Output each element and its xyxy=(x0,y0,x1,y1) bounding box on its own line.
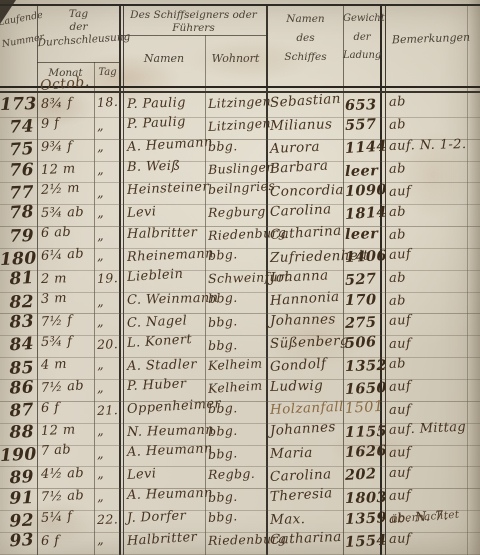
table-row: 759¾ f„A. Heumannbbg.Aurora1144auf. N. 1… xyxy=(0,139,480,162)
table-row: 917½ ab„A. Heumannbbg.Theresia1803auf xyxy=(0,488,480,511)
cell-home: beilngries xyxy=(208,178,276,197)
cell-no: 82 xyxy=(0,292,34,313)
table-row: 823 m„C. Weinmannbbg.Hannonia170ab xyxy=(0,292,480,315)
table-row: 772½ m„HeinsteinerbeilngriesConcordia109… xyxy=(0,182,480,205)
cell-weight: 1359 xyxy=(345,509,388,528)
cell-day: „ xyxy=(97,204,105,219)
cell-name: A. Heumann xyxy=(127,441,213,460)
cell-day: 18. xyxy=(97,94,119,110)
cell-day: „ xyxy=(97,489,105,504)
cell-day: 20. xyxy=(97,336,119,352)
cell-name: A. Heumann xyxy=(127,486,213,503)
cell-weight: leer xyxy=(345,162,379,180)
table-row: 837½ f„C. Nagelbbg.Johannes275auf xyxy=(0,314,480,337)
cell-no: 74 xyxy=(0,116,34,137)
cell-no: 83 xyxy=(0,312,34,333)
cell-time: 4½ ab xyxy=(41,466,84,482)
table-row: 785¾ ab„LeviRegburgCarolina1814ab xyxy=(0,204,480,227)
cell-time: 3 m xyxy=(41,291,68,307)
cell-name: C. Weinmann xyxy=(127,290,219,307)
cell-weight: 527 xyxy=(344,270,376,289)
cell-ship: Ludwig xyxy=(270,378,324,395)
cell-home: Regburg xyxy=(208,204,266,221)
cell-home: bbg. xyxy=(208,489,238,505)
cell-home: bbg. xyxy=(208,247,238,264)
table-row: 796 ab„HalbritterRiedenburgCatharinaleer… xyxy=(0,226,480,249)
cell-name: J. Dorfer xyxy=(127,509,187,527)
ledger-page: Laufende Nummer Tag der Durchschleusung … xyxy=(0,0,480,555)
cell-time: 7 ab xyxy=(41,443,72,460)
table-row: 845¾ f20.L. Konertbbg.Süßenberg506auf xyxy=(0,335,480,358)
cell-name: Rheinemann xyxy=(127,246,214,265)
cell-time: 9¾ f xyxy=(41,139,73,155)
table-row: 1806¼ ab„Rheinemannbbg.Zufriedenheit1406… xyxy=(0,248,480,271)
cell-no: 173 xyxy=(0,94,34,115)
cell-name: Levi xyxy=(127,205,157,222)
cell-name: P. Huber xyxy=(127,376,187,394)
cell-home: bbg. xyxy=(208,313,238,330)
cell-ship: Milianus xyxy=(270,116,333,134)
cell-weight: 1803 xyxy=(345,489,387,507)
cell-no: 79 xyxy=(0,226,34,247)
cell-time: 5¼ f xyxy=(41,509,73,526)
cell-weight: 653 xyxy=(345,96,377,114)
cell-weight: 1352 xyxy=(345,357,387,375)
cell-no: 81 xyxy=(0,268,35,290)
cell-time: 9 f xyxy=(41,116,60,132)
cell-remark: auf xyxy=(389,183,412,199)
cell-day: „ xyxy=(97,248,104,263)
cell-no: 75 xyxy=(0,139,35,161)
cell-no: 76 xyxy=(0,160,34,181)
table-row: 812 m19.LiebleinSchweinfurtJohanna527ab xyxy=(0,270,480,293)
cell-ship: Theresia xyxy=(270,485,333,505)
cell-ship: Gondolf xyxy=(270,356,327,375)
cell-ship: Catharina xyxy=(270,529,342,548)
cell-time: 4 m xyxy=(41,357,68,373)
cell-ship: Carolina xyxy=(270,201,332,220)
cell-remark: auf xyxy=(389,336,412,352)
cell-name: A. Heumann xyxy=(127,135,214,155)
cell-time: 12 m xyxy=(41,423,76,439)
cell-time: 7½ ab xyxy=(41,489,85,506)
cell-no: 92 xyxy=(0,510,34,531)
cell-day: „ xyxy=(97,184,104,199)
cell-remark: auf. Mittag xyxy=(389,420,467,438)
cell-name: Lieblein xyxy=(127,266,184,284)
cell-time: 5¾ ab xyxy=(41,205,84,221)
table-row: 936 f„HalbritterRiedenburgCatharina1554a… xyxy=(0,532,480,555)
cell-ship: Concordia xyxy=(270,182,344,200)
cell-time: 7½ ab xyxy=(41,379,85,397)
cell-time: 6 f xyxy=(41,401,60,416)
cell-remark: auf xyxy=(389,466,412,482)
cell-ship: Süßenberg xyxy=(270,333,350,352)
cell-weight: 1501 xyxy=(345,399,384,417)
table-row: 876 f21.Oppenheimerbbg.Holzanfall1501auf xyxy=(0,401,480,424)
cell-day: „ xyxy=(97,227,105,242)
cell-no: 86 xyxy=(0,378,34,399)
cell-no: 77 xyxy=(0,183,34,204)
cell-remark: ab xyxy=(389,161,407,177)
cell-time: 8¾ f xyxy=(41,95,73,111)
cell-no: 93 xyxy=(0,530,35,552)
cell-weight: 202 xyxy=(344,466,376,485)
cell-remark: auf xyxy=(389,313,412,329)
cell-weight: 1406 xyxy=(345,247,388,266)
cell-remark: ab xyxy=(389,293,407,309)
cell-ship: Aurora xyxy=(270,139,321,157)
cell-no: 84 xyxy=(0,334,35,356)
cell-day: „ xyxy=(97,293,105,308)
cell-ship: Max. xyxy=(270,511,306,528)
cell-day: „ xyxy=(97,380,104,395)
cell-home: bbg. xyxy=(208,290,238,306)
cell-day: „ xyxy=(97,314,104,329)
cell-remark: ab xyxy=(389,117,407,133)
cell-home: Litzingen xyxy=(208,115,272,134)
cell-name: N. Heumann xyxy=(127,423,214,440)
cell-home: Kelheim xyxy=(208,355,263,372)
cell-name: L. Konert xyxy=(127,332,193,351)
cell-ship: Carolina xyxy=(270,466,332,485)
cell-day: 21. xyxy=(97,402,119,418)
cell-name: B. Weiß xyxy=(127,159,181,175)
table-row: 749 f„P. PauligLitzingenMilianus557ab xyxy=(0,117,480,140)
cell-no: 89 xyxy=(0,467,35,489)
cell-no: 78 xyxy=(0,202,35,224)
cell-weight: 1626 xyxy=(345,443,388,462)
cell-time: 6 ab xyxy=(41,225,72,241)
cell-day: „ xyxy=(97,118,104,133)
cell-home: Litzingen xyxy=(208,93,272,111)
cell-remark: auf xyxy=(389,532,412,548)
cell-no: 85 xyxy=(0,358,34,379)
cell-weight: 1155 xyxy=(345,423,387,441)
cell-name: A. Stadler xyxy=(127,357,197,374)
cell-weight: 1144 xyxy=(344,137,387,157)
cell-remark: ab xyxy=(389,227,407,243)
cell-day: „ xyxy=(97,532,105,547)
cell-home: Kelheim xyxy=(208,377,263,395)
cell-day: „ xyxy=(97,138,105,153)
cell-weight: 1090 xyxy=(345,181,388,200)
cell-weight: 1554 xyxy=(344,531,387,551)
cell-remark: auf. N. 1-2. xyxy=(389,136,467,153)
table-row: 1907 ab„A. Heumannbbg.Maria1626auf xyxy=(0,445,480,468)
cell-weight: 506 xyxy=(344,333,376,352)
cell-time: 2½ m xyxy=(41,180,81,197)
cell-no: 88 xyxy=(0,422,34,443)
cell-weight: 275 xyxy=(345,314,377,332)
cell-remark: ab xyxy=(389,270,406,285)
cell-home: bbg. xyxy=(208,138,238,154)
cell-ship: Holzanfall xyxy=(270,399,344,418)
cell-weight: 170 xyxy=(345,291,377,309)
cell-weight: 1650 xyxy=(345,379,388,398)
table-row: 867½ ab„P. HuberKelheimLudwig1650auf xyxy=(0,379,480,402)
cell-day: 22. xyxy=(97,512,118,528)
cell-day: „ xyxy=(97,357,105,372)
cell-day: „ xyxy=(97,446,104,461)
table-row: 894½ ab„LeviRegbg.Carolina202auf xyxy=(0,466,480,489)
cell-ship: Catharina xyxy=(270,223,343,243)
table-row: 1738¾ f18.P. PauligLitzingenSebastian653… xyxy=(0,95,480,118)
table-row: 8812 m„N. Heumannbbg.Johannes1155auf. Mi… xyxy=(0,423,480,446)
cell-no: 87 xyxy=(0,400,35,422)
cell-remark: auf xyxy=(389,403,412,419)
cell-ship: Barbara xyxy=(270,157,329,177)
cell-weight: 1814 xyxy=(344,203,387,223)
cell-ship: Hannonia xyxy=(270,289,340,309)
cell-time: 5¾ f xyxy=(41,334,73,350)
cell-home: Buslingen xyxy=(208,159,275,177)
cell-remark: auf xyxy=(389,445,412,461)
cell-remark: auf xyxy=(389,246,412,262)
cell-name: C. Nagel xyxy=(127,313,188,331)
cell-home: bbg. xyxy=(208,508,238,525)
cell-weight: 557 xyxy=(345,115,377,133)
cell-name: Levi xyxy=(127,466,157,483)
cell-remark: ab xyxy=(389,356,407,372)
cell-home: Regbg. xyxy=(208,466,256,482)
cell-day: „ xyxy=(97,466,105,481)
cell-ship: Johannes xyxy=(270,312,336,330)
cell-time: 12 m xyxy=(41,161,76,177)
cell-ship: Johanna xyxy=(270,268,329,287)
cell-day: „ xyxy=(97,423,105,438)
cell-home: bbg. xyxy=(208,400,238,416)
cell-home: bbg. xyxy=(208,445,238,462)
cell-time: 7½ f xyxy=(41,313,73,330)
cell-remark: auf xyxy=(389,379,412,395)
table-row: 854 m„A. StadlerKelheimGondolf1352ab xyxy=(0,357,480,380)
cell-name: Heinsteiner xyxy=(127,180,210,199)
cell-ship: Johannes xyxy=(270,419,337,439)
cell-home: bbg. xyxy=(208,337,238,353)
cell-ship: Sebastian xyxy=(270,90,342,110)
cell-ship: Maria xyxy=(270,444,313,461)
cell-remark: auf xyxy=(389,488,412,504)
cell-home: bbg. xyxy=(208,422,238,438)
cell-weight: leer xyxy=(345,225,379,243)
cell-name: P. Paulig xyxy=(127,96,186,113)
cell-no: 180 xyxy=(0,249,34,270)
cell-time: 2 m xyxy=(41,271,67,287)
cell-day: 19. xyxy=(97,270,119,286)
cell-time: 6 f xyxy=(41,533,60,548)
cell-no: 190 xyxy=(0,444,34,465)
cell-day: „ xyxy=(97,161,105,176)
cell-name: Halbritter xyxy=(127,225,198,242)
cell-remark: ab xyxy=(389,204,406,219)
cell-name: Halbritter xyxy=(127,530,198,549)
cell-time: 6¼ ab xyxy=(41,246,85,264)
cell-name: P. Paulig xyxy=(127,115,187,133)
cell-remark: ab xyxy=(389,95,407,111)
cell-no: 91 xyxy=(0,488,34,509)
